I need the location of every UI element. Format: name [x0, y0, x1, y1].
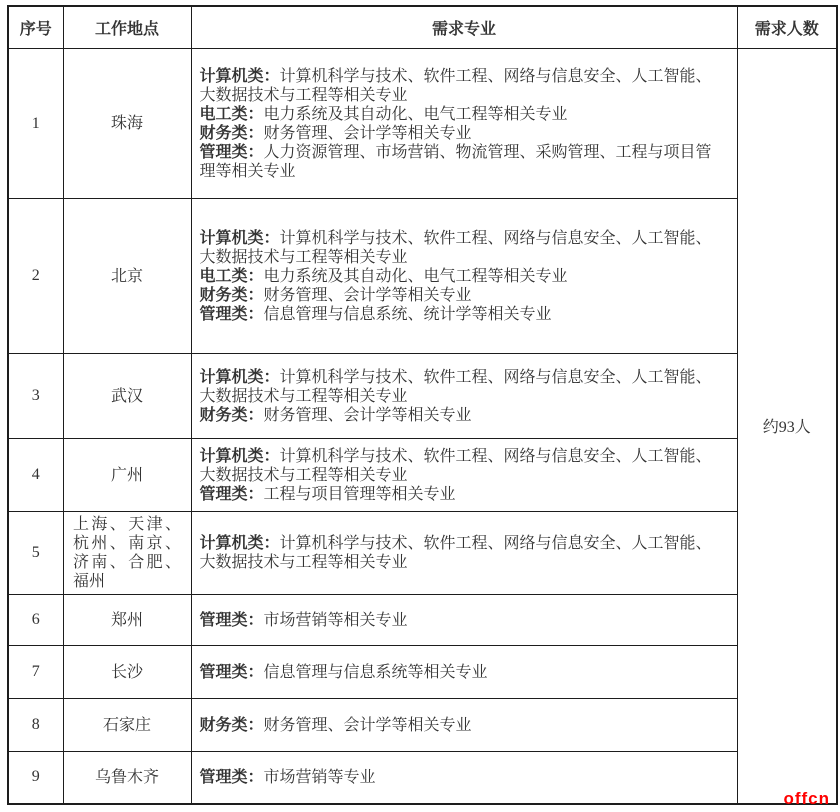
major-line: 计算机类：计算机科学与技术、软件工程、网络与信息安全、人工智能、大数据技术与工程…	[200, 67, 717, 105]
row-number-cell: 7	[8, 646, 63, 699]
work-location-cell: 上海、天津、杭州、南京、济南、合肥、福州	[63, 512, 191, 595]
row-number-cell: 8	[8, 699, 63, 752]
major-line: 管理类：市场营销等专业	[200, 768, 717, 787]
table-row: 2北京计算机类：计算机科学与技术、软件工程、网络与信息安全、人工智能、大数据技术…	[8, 199, 837, 354]
required-majors-cell: 管理类：市场营销等相关专业	[191, 595, 737, 646]
table-body: 1珠海计算机类：计算机科学与技术、软件工程、网络与信息安全、人工智能、大数据技术…	[8, 49, 837, 804]
required-majors-cell: 管理类：市场营销等专业	[191, 752, 737, 804]
major-category-label: 计算机类：	[200, 448, 280, 465]
work-location-cell: 乌鲁木齐	[63, 752, 191, 804]
major-category-label: 财务类：	[200, 407, 264, 424]
header-cell-headcount: 需求人数	[737, 6, 837, 49]
row-number-cell: 6	[8, 595, 63, 646]
required-majors-cell: 计算机类：计算机科学与技术、软件工程、网络与信息安全、人工智能、大数据技术与工程…	[191, 439, 737, 512]
header-cell-no: 序号	[8, 6, 63, 49]
major-line: 管理类：人力资源管理、市场营销、物流管理、采购管理、工程与项目管理等相关专业	[200, 143, 717, 181]
header-row: 序号 工作地点 需求专业 需求人数	[8, 6, 837, 49]
required-majors-cell: 计算机类：计算机科学与技术、软件工程、网络与信息安全、人工智能、大数据技术与工程…	[191, 49, 737, 199]
major-line: 管理类：市场营销等相关专业	[200, 611, 717, 630]
major-line: 计算机类：计算机科学与技术、软件工程、网络与信息安全、人工智能、大数据技术与工程…	[200, 447, 717, 485]
major-text: 信息管理与信息系统、统计学等相关专业	[264, 306, 552, 323]
major-text: 财务管理、会计学等相关专业	[264, 287, 472, 304]
work-location-cell: 武汉	[63, 354, 191, 439]
header-cell-location: 工作地点	[63, 6, 191, 49]
table-row: 7长沙管理类：信息管理与信息系统等相关专业	[8, 646, 837, 699]
recruitment-table: 序号 工作地点 需求专业 需求人数 1珠海计算机类：计算机科学与技术、软件工程、…	[7, 5, 838, 805]
major-category-label: 财务类：	[200, 287, 264, 304]
major-category-label: 管理类：	[200, 486, 264, 503]
major-category-label: 管理类：	[200, 664, 264, 681]
recruitment-table-page: 序号 工作地点 需求专业 需求人数 1珠海计算机类：计算机科学与技术、软件工程、…	[7, 5, 838, 805]
major-category-label: 财务类：	[200, 717, 264, 734]
table-row: 4广州计算机类：计算机科学与技术、软件工程、网络与信息安全、人工智能、大数据技术…	[8, 439, 837, 512]
table-row: 6郑州管理类：市场营销等相关专业	[8, 595, 837, 646]
required-majors-cell: 财务类：财务管理、会计学等相关专业	[191, 699, 737, 752]
header-cell-majors: 需求专业	[191, 6, 737, 49]
major-line: 管理类：工程与项目管理等相关专业	[200, 485, 717, 504]
major-line: 财务类：财务管理、会计学等相关专业	[200, 716, 717, 735]
row-number-cell: 5	[8, 512, 63, 595]
row-number-cell: 9	[8, 752, 63, 804]
major-line: 计算机类：计算机科学与技术、软件工程、网络与信息安全、人工智能、大数据技术与工程…	[200, 368, 717, 406]
row-number-cell: 1	[8, 49, 63, 199]
major-line: 财务类：财务管理、会计学等相关专业	[200, 124, 717, 143]
major-line: 计算机类：计算机科学与技术、软件工程、网络与信息安全、人工智能、大数据技术与工程…	[200, 534, 717, 572]
work-location-cell: 广州	[63, 439, 191, 512]
work-location-cell: 石家庄	[63, 699, 191, 752]
table-header: 序号 工作地点 需求专业 需求人数	[8, 6, 837, 49]
table-row: 1珠海计算机类：计算机科学与技术、软件工程、网络与信息安全、人工智能、大数据技术…	[8, 49, 837, 199]
headcount-cell: 约93人	[737, 49, 837, 804]
major-category-label: 财务类：	[200, 125, 264, 142]
major-category-label: 管理类：	[200, 306, 264, 323]
major-category-label: 管理类：	[200, 144, 264, 161]
work-location-cell: 长沙	[63, 646, 191, 699]
table-row: 9乌鲁木齐管理类：市场营销等专业	[8, 752, 837, 804]
major-category-label: 计算机类：	[200, 369, 280, 386]
major-text: 财务管理、会计学等相关专业	[264, 407, 472, 424]
major-text: 信息管理与信息系统等相关专业	[264, 664, 488, 681]
work-location-cell: 郑州	[63, 595, 191, 646]
major-line: 财务类：财务管理、会计学等相关专业	[200, 286, 717, 305]
major-category-label: 计算机类：	[200, 68, 280, 85]
major-line: 电工类：电力系统及其自动化、电气工程等相关专业	[200, 105, 717, 124]
major-category-label: 电工类：	[200, 268, 264, 285]
row-number-cell: 2	[8, 199, 63, 354]
work-location-cell: 珠海	[63, 49, 191, 199]
major-line: 财务类：财务管理、会计学等相关专业	[200, 406, 717, 425]
major-category-label: 计算机类：	[200, 230, 280, 247]
major-line: 管理类：信息管理与信息系统等相关专业	[200, 663, 717, 682]
required-majors-cell: 管理类：信息管理与信息系统等相关专业	[191, 646, 737, 699]
table-row: 8石家庄财务类：财务管理、会计学等相关专业	[8, 699, 837, 752]
major-text: 财务管理、会计学等相关专业	[264, 717, 472, 734]
major-text: 财务管理、会计学等相关专业	[264, 125, 472, 142]
table-row: 5上海、天津、杭州、南京、济南、合肥、福州计算机类：计算机科学与技术、软件工程、…	[8, 512, 837, 595]
major-line: 电工类：电力系统及其自动化、电气工程等相关专业	[200, 267, 717, 286]
major-text: 电力系统及其自动化、电气工程等相关专业	[264, 268, 568, 285]
major-text: 市场营销等相关专业	[264, 612, 408, 629]
major-text: 市场营销等专业	[264, 769, 376, 786]
major-text: 工程与项目管理等相关专业	[264, 486, 456, 503]
work-location-text: 上海、天津、杭州、南京、济南、合肥、福州	[73, 515, 181, 591]
major-category-label: 电工类：	[200, 106, 264, 123]
required-majors-cell: 计算机类：计算机科学与技术、软件工程、网络与信息安全、人工智能、大数据技术与工程…	[191, 199, 737, 354]
major-text: 人力资源管理、市场营销、物流管理、采购管理、工程与项目管理等相关专业	[200, 144, 712, 180]
row-number-cell: 3	[8, 354, 63, 439]
offcn-logo-watermark: offcn	[783, 789, 830, 809]
major-category-label: 计算机类：	[200, 535, 280, 552]
required-majors-cell: 计算机类：计算机科学与技术、软件工程、网络与信息安全、人工智能、大数据技术与工程…	[191, 512, 737, 595]
table-row: 3武汉计算机类：计算机科学与技术、软件工程、网络与信息安全、人工智能、大数据技术…	[8, 354, 837, 439]
major-line: 管理类：信息管理与信息系统、统计学等相关专业	[200, 305, 717, 324]
major-category-label: 管理类：	[200, 612, 264, 629]
row-number-cell: 4	[8, 439, 63, 512]
major-text: 电力系统及其自动化、电气工程等相关专业	[264, 106, 568, 123]
major-category-label: 管理类：	[200, 769, 264, 786]
required-majors-cell: 计算机类：计算机科学与技术、软件工程、网络与信息安全、人工智能、大数据技术与工程…	[191, 354, 737, 439]
major-line: 计算机类：计算机科学与技术、软件工程、网络与信息安全、人工智能、大数据技术与工程…	[200, 229, 717, 267]
work-location-cell: 北京	[63, 199, 191, 354]
